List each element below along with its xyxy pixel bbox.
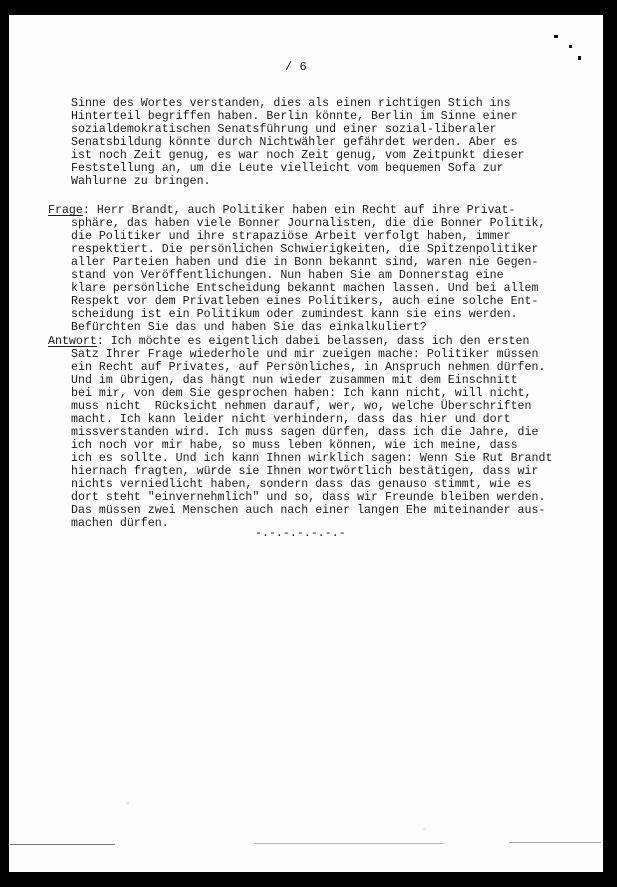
text-line: ist noch Zeit genug, es war noch Zeit ge… [71,149,525,162]
text-line: Satz Ihrer Frage wiederhole und mir zuei… [71,348,538,361]
text-line: die Politiker und ihre strapaziöse Arbei… [71,230,511,243]
text-line: sozialdemokratischen Senatsführung und e… [71,123,497,136]
scan-speck [578,56,581,60]
text-line: Befürchten Sie das und haben Sie das ein… [71,321,427,334]
text-line: dort steht "einvernehmlich" und so, dass… [71,491,545,504]
text-line: Das müssen zwei Menschen auch nach einer… [71,504,545,517]
text-line: muss nicht Rücksicht nehmen darauf, wer,… [71,400,532,413]
text-line: missverstanden wird. Ich muss sagen dürf… [71,426,538,439]
text-line: stand von Veröffentlichungen. Nun haben … [71,269,504,282]
text-line: : Herr Brandt, auch Politiker haben ein … [83,204,516,217]
scan-speck [554,35,558,38]
scanned-page: / 6 Sinne des Wortes verstanden, dies al… [9,15,603,872]
scan-artifact-line [10,844,115,845]
text-line: : Ich möchte es eigentlich dabei belasse… [97,335,530,348]
text-line: respektiert. Die persönlichen Schwierigk… [71,243,538,256]
text-line: machen dürfen. [71,517,169,530]
text-line: Respekt vor dem Privatleben eines Politi… [71,295,538,308]
text-line: Und im übrigen, das hängt nun wieder zus… [71,374,518,387]
text-line: klare persönliche Entscheidung bekannt m… [71,282,538,295]
text-line: bei mir, von dem Sie gesprochen haben: I… [71,387,532,400]
text-line: ich noch vor mir habe, so muss leben kön… [71,439,518,452]
text-line: scheidung ist ein Politikum oder zuminde… [71,308,518,321]
text-line: ein Recht auf Privates, auf Persönliches… [71,361,545,374]
question-label: Frage [48,204,83,217]
text-line: hiernach fragten, würde sie Ihnen wortwö… [71,465,538,478]
scan-artifact-line [254,843,444,844]
text-line: Sinne des Wortes verstanden, dies als ei… [71,97,511,110]
text-line: Hinterteil begriffen haben. Berlin könnt… [71,110,518,123]
text-line: Feststellung an, um die Leute vielleicht… [71,162,504,175]
page-number: / 6 [285,60,307,74]
text-line: ich es sollte. Und ich kann Ihnen wirkli… [71,452,552,465]
text-line: nichts verniedlicht haben, sondern dass … [71,478,532,491]
text-line: aller Parteien haben und die in Bonn bek… [71,256,538,269]
scan-artifact-line [509,842,601,843]
text-line: Wahlurne zu bringen. [71,175,211,188]
answer-label: Antwort [48,335,97,348]
question-first-line: Frage: Herr Brandt, auch Politiker haben… [48,204,516,217]
scan-speck [569,45,572,48]
end-separator: -.-.-.-.-.-.- [255,527,346,540]
text-line: Senatsbildung könnte durch Nichtwähler g… [71,136,518,149]
text-line: macht. Ich kann leider nicht verhindern,… [71,413,511,426]
answer-first-line: Antwort: Ich möchte es eigentlich dabei … [48,335,529,348]
text-line: sphäre, das haben viele Bonner Journalis… [71,217,545,230]
